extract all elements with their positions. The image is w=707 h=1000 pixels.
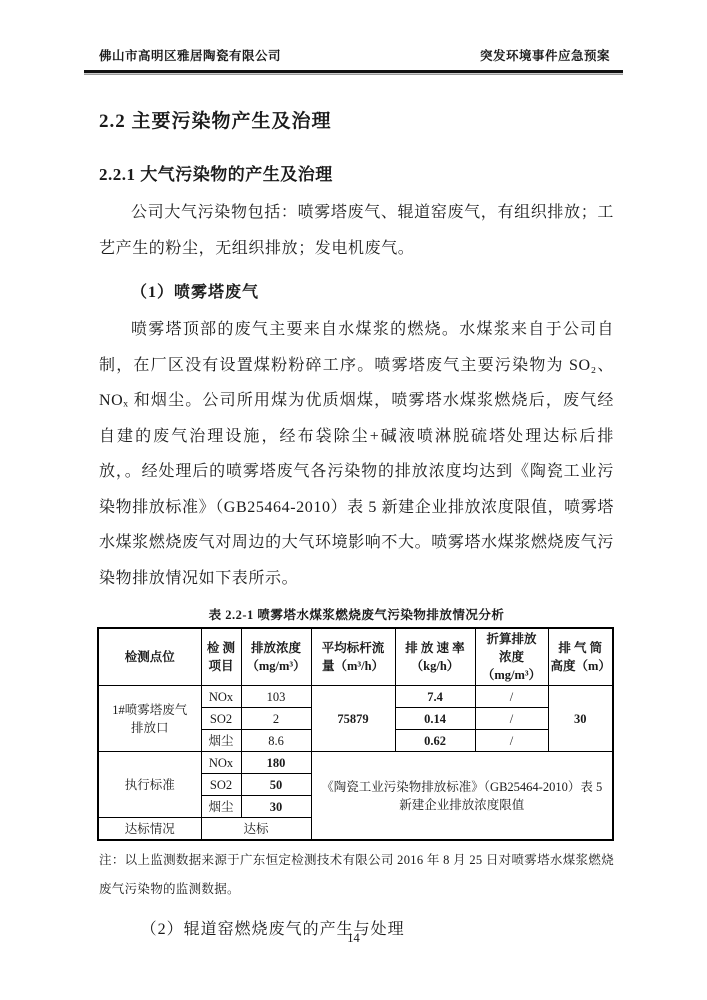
cell-concentration: 8.6 xyxy=(241,730,311,752)
cell-stack-height: 30 xyxy=(548,686,613,752)
cell-average-flow: 75879 xyxy=(311,686,395,752)
col-header-average-flow: 平均标杆流 量（m³/h） xyxy=(311,628,395,686)
cell-compliance-label: 达标情况 xyxy=(98,818,201,841)
col-header-stack-height: 排 气 筒 高度（m） xyxy=(548,628,613,686)
cell-standard-label: 执行标准 xyxy=(98,752,201,818)
document-page: 佛山市高明区雅居陶瓷有限公司 突发环境事件应急预案 2.2 主要污染物产生及治理… xyxy=(0,0,707,1000)
section-title: 2.2 主要污染物产生及治理 xyxy=(99,106,614,133)
cell-limit: 50 xyxy=(241,774,311,796)
table-row: 1#喷雾塔废气 排放口 NOx 103 75879 7.4 / 30 xyxy=(98,686,613,708)
cell-concentration: 2 xyxy=(241,708,311,730)
col-header-emission-rate: 排 放 速 率 （kg/h） xyxy=(395,628,475,686)
emission-analysis-table: 检测点位 检 测 项目 排放浓度 （mg/m³） 平均标杆流 量（m³/h） 排… xyxy=(97,627,614,841)
cell-converted: / xyxy=(475,730,548,752)
cell-standard-reference: 《陶瓷工业污染物排放标准》（GB25464-2010）表 5 新建企业排放浓度限… xyxy=(311,752,613,841)
header-doc-title: 突发环境事件应急预案 xyxy=(480,46,610,64)
cell-rate: 0.62 xyxy=(395,730,475,752)
cell-converted: / xyxy=(475,686,548,708)
cell-compliance-value: 达标 xyxy=(201,818,311,841)
cell-limit: 180 xyxy=(241,752,311,774)
running-header: 佛山市高明区雅居陶瓷有限公司 突发环境事件应急预案 xyxy=(0,0,707,64)
cell-parameter: 烟尘 xyxy=(201,796,241,818)
page-number: 14 xyxy=(0,931,707,946)
cell-parameter: NOx xyxy=(201,752,241,774)
table-caption: 表 2.2-1 喷雾塔水煤浆燃烧废气污染物排放情况分析 xyxy=(99,605,614,623)
table-source-note: 注：以上监测数据来源于广东恒定检测技术有限公司 2016 年 8 月 25 日对… xyxy=(99,846,614,903)
paragraph-pollutant-overview: 公司大气污染物包括：喷雾塔废气、辊道窑废气，有组织排放；工艺产生的粉尘，无组织排… xyxy=(99,195,614,266)
subheading-spray-tower-gas: （1）喷雾塔废气 xyxy=(99,279,614,302)
cell-converted: / xyxy=(475,708,548,730)
col-header-emission-concentration: 排放浓度 （mg/m³） xyxy=(241,628,311,686)
table-header-row: 检测点位 检 测 项目 排放浓度 （mg/m³） 平均标杆流 量（m³/h） 排… xyxy=(98,628,613,686)
cell-parameter: SO2 xyxy=(201,774,241,796)
col-header-converted-concentration: 折算排放 浓度 （mg/m³） xyxy=(475,628,548,686)
cell-parameter: NOx xyxy=(201,686,241,708)
page-body: 2.2 主要污染物产生及治理 2.2.1 大气污染物的产生及治理 公司大气污染物… xyxy=(0,106,707,939)
subsection-title: 2.2.1 大气污染物的产生及治理 xyxy=(99,160,614,185)
cell-monitor-point: 1#喷雾塔废气 排放口 xyxy=(98,686,201,752)
col-header-monitor-point: 检测点位 xyxy=(98,628,201,686)
paragraph-spray-tower-detail: 喷雾塔顶部的废气主要来自水煤浆的燃烧。水煤浆来自于公司自制，在厂区没有设置煤粉粉… xyxy=(99,312,614,596)
header-company-name: 佛山市高明区雅居陶瓷有限公司 xyxy=(99,46,281,64)
cell-parameter: 烟尘 xyxy=(201,730,241,752)
table-row: 执行标准 NOx 180 《陶瓷工业污染物排放标准》（GB25464-2010）… xyxy=(98,752,613,774)
cell-concentration: 103 xyxy=(241,686,311,708)
cell-rate: 7.4 xyxy=(395,686,475,708)
cell-rate: 0.14 xyxy=(395,708,475,730)
cell-parameter: SO2 xyxy=(201,708,241,730)
header-divider-rule xyxy=(84,70,623,75)
col-header-parameter: 检 测 项目 xyxy=(201,628,241,686)
cell-limit: 30 xyxy=(241,796,311,818)
